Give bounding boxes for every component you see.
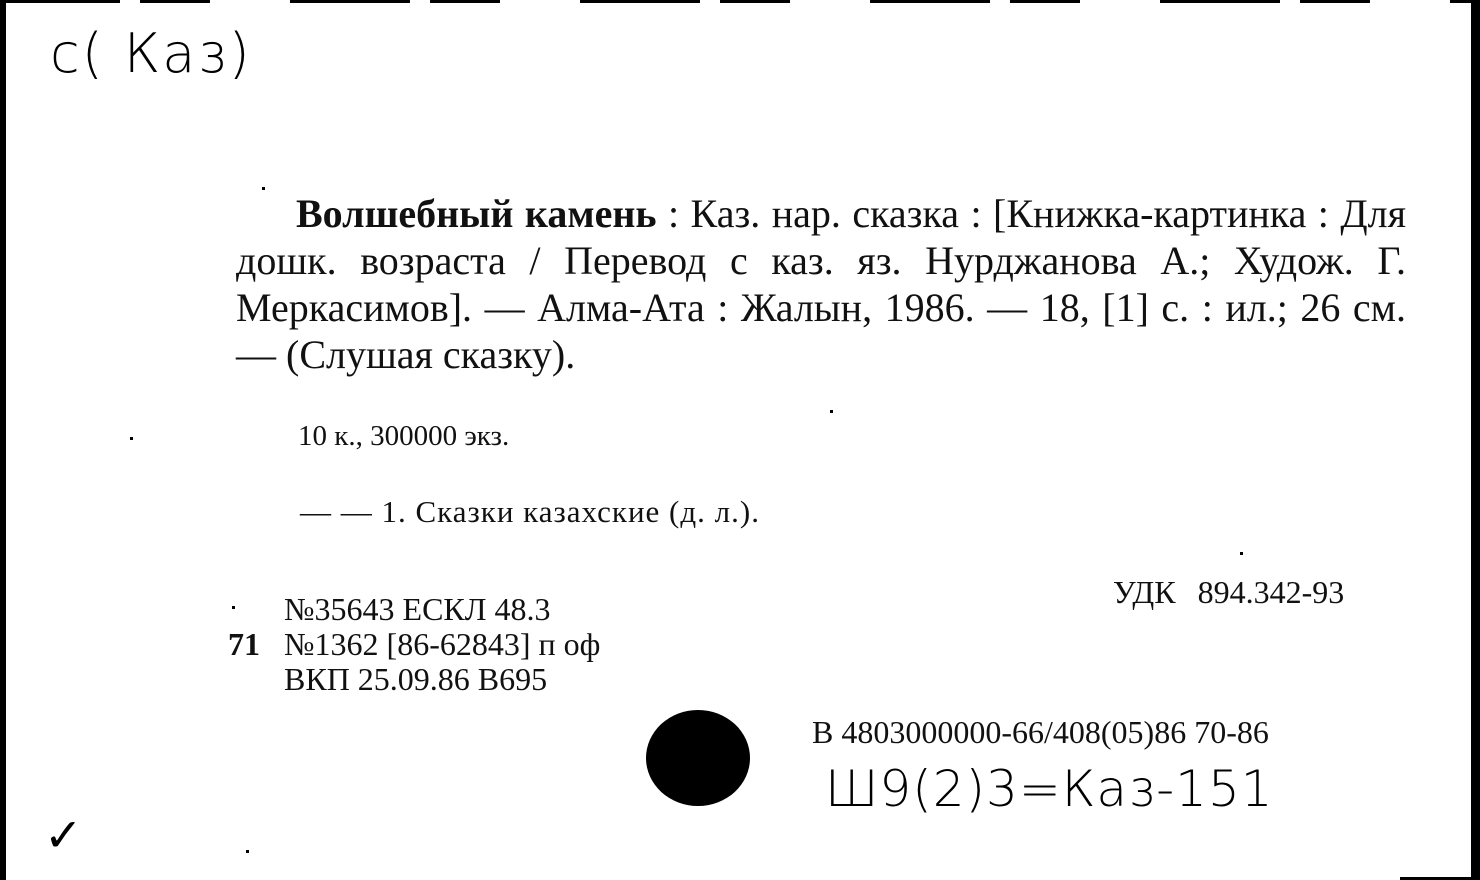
scan-speck: [246, 850, 249, 853]
scan-speck: [1240, 552, 1243, 555]
card-left-edge: [0, 0, 6, 880]
catalog-card: с( Каз) Волшебный камень : Каз. нар. ска…: [0, 0, 1480, 880]
meta-line: 71№1362 [86-62843] п оф: [228, 627, 600, 662]
udk-code: УДК 894.342-93: [1113, 574, 1344, 611]
handwritten-top-note: с( Каз): [50, 22, 252, 85]
scan-speck: [130, 437, 133, 440]
bbk-code: В 4803000000-66/408(05)86 70-86: [812, 714, 1269, 751]
card-meta-block: №35643 ЕСКЛ 48.3 71№1362 [86-62843] п оф…: [228, 592, 600, 697]
punch-hole: [646, 710, 750, 806]
bibliographic-entry: Волшебный камень : Каз. нар. сказка : [К…: [236, 190, 1406, 378]
scan-speck: [232, 606, 235, 609]
book-title: Волшебный камень: [296, 191, 657, 236]
price-print-run: 10 к., 300000 экз.: [298, 420, 509, 453]
check-mark-icon: ✓: [44, 808, 83, 862]
handwritten-shelf-mark: Ш9(2)3=Каз-151: [825, 760, 1274, 818]
subject-tracing: — — 1. Сказки казахские (д. л.).: [300, 494, 760, 530]
scan-speck: [262, 187, 265, 190]
card-top-edge: [0, 0, 1480, 3]
meta-line: №35643 ЕСКЛ 48.3: [228, 592, 600, 627]
scan-speck: [830, 410, 833, 413]
card-right-edge: [1471, 0, 1480, 880]
meta-line: ВКП 25.09.86 В695: [228, 662, 600, 697]
